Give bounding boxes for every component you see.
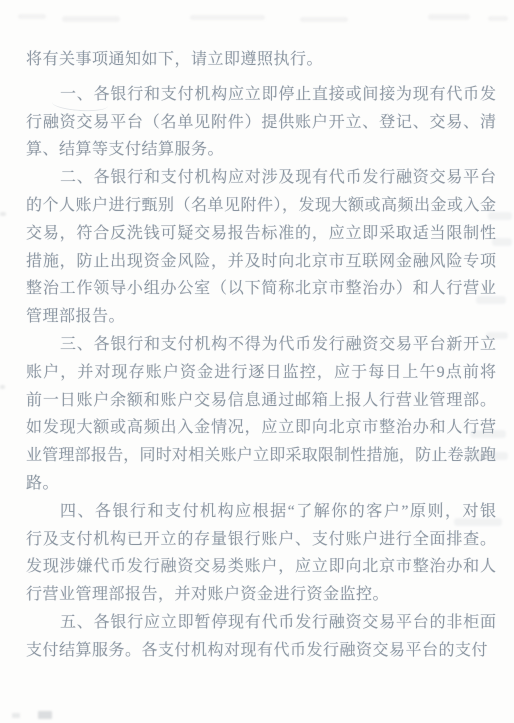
scan-artifact (0, 385, 5, 389)
text-line: 交易，符合反洗钱可疑交易报告标准的，应立即采取适当限制性 (26, 220, 496, 248)
scan-artifact (190, 15, 265, 20)
scan-smudge (38, 711, 52, 719)
text-line: 二、各银行和支付机构应对涉及现有代币发行融资交易平台 (26, 164, 496, 192)
text-line: 发现涉嫌代币发行融资交易类账户，应立即向北京市整治办和人 (26, 553, 496, 581)
text-line: 三、各银行和支付机构不得为代币发行融资交易平台新开立 (26, 331, 496, 359)
text-line: 行融资交易平台（名单见附件）提供账户开立、登记、交易、清 (26, 109, 496, 137)
scan-artifact (428, 14, 470, 20)
text-line: 措施，防止出现资金风险，并及时向北京市互联网金融风险专项 (26, 248, 496, 276)
scanned-document-page: 将有关事项通知如下，请立即遵照执行。一、各银行和支付机构应立即停止直接或间接为现… (0, 0, 514, 723)
text-line: 如发现大额或高频出入金情况，应立即向北京市整治办和人行营 (26, 414, 496, 442)
text-line: 的个人账户进行甄别（名单见附件），发现大额或高频出金或入金 (26, 192, 496, 220)
text-line: 业管理部报告，同时对相关账户立即采取限制性措施，防止卷款跑 (26, 442, 496, 470)
scan-artifact (62, 16, 120, 22)
document-body: 将有关事项通知如下，请立即遵照执行。一、各银行和支付机构应立即停止直接或间接为现… (26, 46, 496, 665)
text-line: 行营业管理部报告，并对账户资金进行资金监控。 (26, 581, 496, 609)
scan-smudge (12, 713, 20, 718)
text-line: 整治工作领导小组办公室（以下简称北京市整治办）和人行营业 (26, 275, 496, 303)
text-line: 路。 (26, 470, 496, 498)
text-line: 行及支付机构已开立的存量银行账户、支付账户进行全面排查。 (26, 526, 496, 554)
text-line: 五、各银行应立即暂停现有代币发行融资交易平台的非柜面 (26, 609, 496, 637)
text-line: 管理部报告。 (26, 303, 496, 331)
text-line: 前一日账户余额和账户交易信息通过邮箱上报人行营业管理部。 (26, 387, 496, 415)
text-line: 将有关事项通知如下，请立即遵照执行。 (26, 46, 496, 74)
text-line: 一、各银行和支付机构应立即停止直接或间接为现有代币发 (26, 81, 496, 109)
scan-artifact (488, 16, 508, 21)
text-line: 账户，并对现存账户资金进行逐日监控，应于每日上午9点前将 (26, 359, 496, 387)
text-line: 算、结算等支付结算服务。 (26, 136, 496, 164)
scan-artifact (300, 17, 348, 22)
scan-artifact (0, 212, 6, 216)
scan-artifact (18, 14, 46, 19)
text-line: 四、各银行和支付机构应根据“了解你的客户”原则，对银 (26, 498, 496, 526)
text-line: 支付结算服务。各支付机构对现有代币发行融资交易平台的支付 (26, 637, 496, 665)
